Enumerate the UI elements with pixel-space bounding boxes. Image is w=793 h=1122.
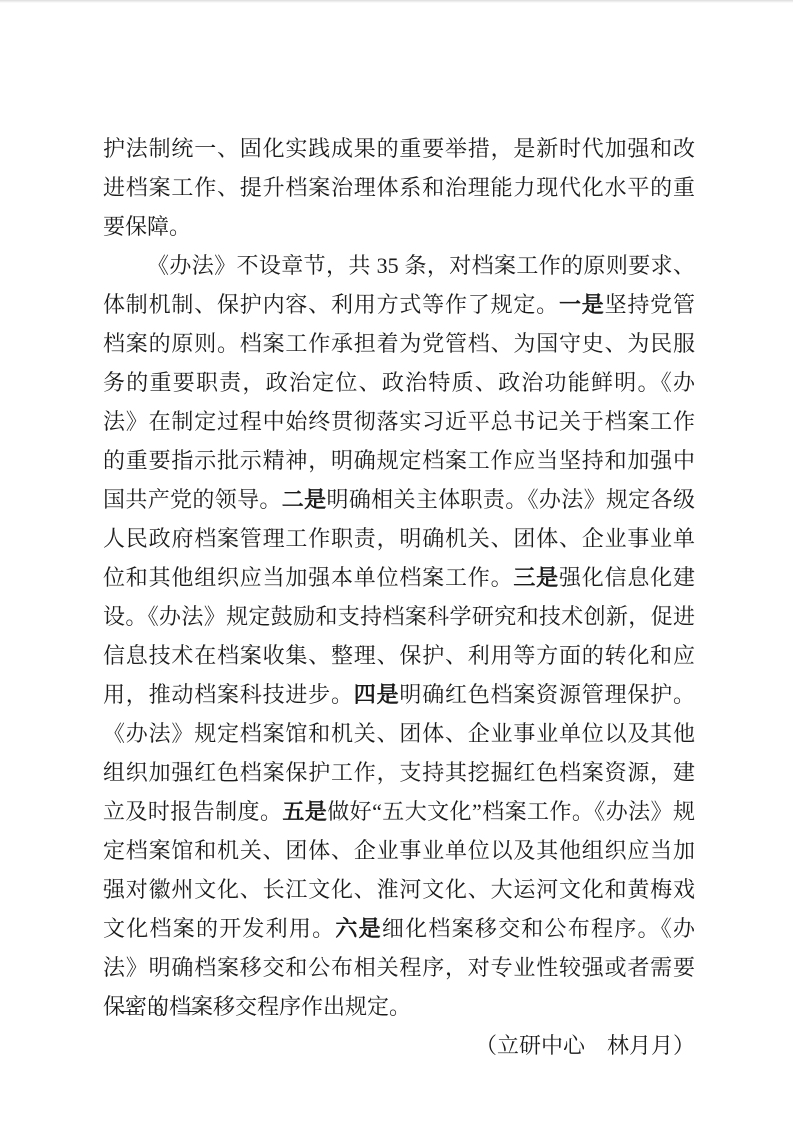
emphasis-marker: 三是 (513, 565, 559, 590)
signature-line: （立研中心 林月月） (103, 1026, 695, 1065)
document-body: 护法制统一、固化实践成果的重要举措，是新时代加强和改进档案工作、提升档案治理体系… (103, 129, 695, 1065)
page-number: — 6 — (120, 1000, 198, 1022)
text-run: 坚持党管档案的原则。档案工作承担着为党管档、为国守史、为民服务的重要职责，政治定… (103, 292, 695, 512)
emphasis-marker: 六是 (335, 916, 381, 941)
document-page: 护法制统一、固化实践成果的重要举措，是新时代加强和改进档案工作、提升档案治理体系… (0, 0, 793, 1122)
emphasis-marker: 四是 (354, 682, 400, 707)
paragraph-continuation: 护法制统一、固化实践成果的重要举措，是新时代加强和改进档案工作、提升档案治理体系… (103, 129, 695, 246)
emphasis-marker: 一是 (559, 292, 605, 317)
emphasis-marker: 二是 (282, 487, 327, 512)
text-run: 护法制统一、固化实践成果的重要举措，是新时代加强和改进档案工作、提升档案治理体系… (103, 136, 695, 239)
paragraph-main: 《办法》不设章节，共 35 条，对档案工作的原则要求、体制机制、保护内容、利用方… (103, 246, 695, 1026)
emphasis-marker: 五是 (282, 799, 327, 824)
